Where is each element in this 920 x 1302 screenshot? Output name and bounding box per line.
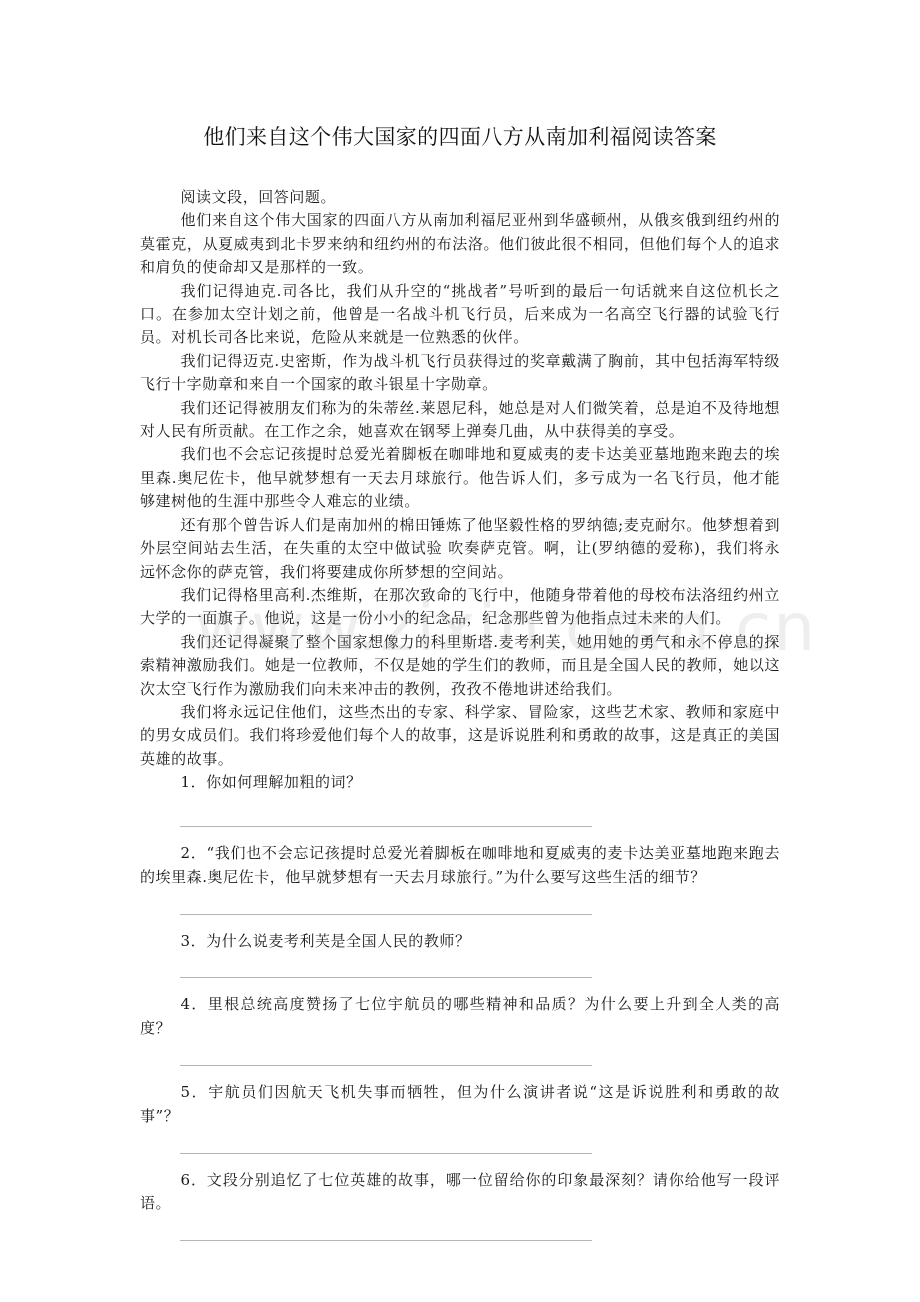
question-block-5: 5．宇航员们因航天飞机失事而牺牲，但为什么演讲者说“这是诉说胜利和勇敢的故事”？: [140, 1081, 780, 1154]
passage-paragraph-5: 我们也不会忘记孩提时总爱光着脚板在咖啡地和夏威夷的麦卡达美亚墓地跑来跑去的埃里森…: [140, 443, 780, 513]
passage-paragraph-6: 还有那个曾告诉人们是南加州的棉田锤炼了他坚毅性格的罗纳德;麦克耐尔。他梦想着到外…: [140, 514, 780, 584]
answer-line-3: [180, 977, 592, 978]
question-block-2: 2．“我们也不会忘记孩提时总爱光着脚板在咖啡地和夏威夷的麦卡达美亚墓地跑来跑去的…: [140, 842, 780, 915]
answer-space: [140, 1041, 780, 1057]
question-text-3: 3．为什么说麦考利芙是全国人民的教师？: [140, 930, 780, 954]
question-text-5: 5．宇航员们因航天飞机失事而牺牲，但为什么演讲者说“这是诉说胜利和勇敢的故事”？: [140, 1081, 780, 1129]
answer-line-6: [180, 1240, 592, 1241]
question-text-1: 1．你如何理解加粗的词？: [140, 771, 780, 795]
answer-line-1: [180, 826, 592, 827]
instruction-text: 阅读文段，回答问题。: [140, 186, 780, 209]
question-block-3: 3．为什么说麦考利芙是全国人民的教师？: [140, 930, 780, 979]
question-block-1: 1．你如何理解加粗的词？: [140, 771, 780, 827]
passage-paragraph-2: 我们记得迪克.司各比，我们从升空的“挑战者”号听到的最后一句话就来自这位机长之口…: [140, 280, 780, 350]
document-body: 阅读文段，回答问题。 他们来自这个伟大国家的四面八方从南加利福尼亚州到华盛顿州，…: [140, 186, 780, 1256]
answer-space: [140, 1216, 780, 1232]
document-page: 他们来自这个伟大国家的四面八方从南加利福阅读答案 阅读文段，回答问题。 他们来自…: [0, 0, 920, 1302]
question-block-4: 4．里根总统高度赞扬了七位宇航员的哪些精神和品质？为什么要上升到全人类的高度？: [140, 993, 780, 1066]
document-title: 他们来自这个伟大国家的四面八方从南加利福阅读答案: [0, 124, 920, 150]
question-block-6: 6．文段分别追忆了七位英雄的故事，哪一位留给你的印象最深刻？请你给他写一段评语。: [140, 1169, 780, 1242]
passage-paragraph-4: 我们还记得被朋友们称为的朱蒂丝.莱恩尼科，她总是对人们微笑着，总是迫不及待地想对…: [140, 397, 780, 444]
question-text-4: 4．里根总统高度赞扬了七位宇航员的哪些精神和品质？为什么要上升到全人类的高度？: [140, 993, 780, 1041]
passage-paragraph-3: 我们记得迈克.史密斯，作为战斗机飞行员获得过的奖章戴满了胸前，其中包括海军特级飞…: [140, 350, 780, 397]
passage-paragraph-1: 他们来自这个伟大国家的四面八方从南加利福尼亚州到华盛顿州，从俄亥俄到纽约州的莫霍…: [140, 209, 780, 279]
passage-paragraph-7: 我们记得格里高利.杰维斯，在那次致命的飞行中，他随身带着他的母校布法洛纽约州立大…: [140, 584, 780, 631]
question-text-2: 2．“我们也不会忘记孩提时总爱光着脚板在咖啡地和夏威夷的麦卡达美亚墓地跑来跑去的…: [140, 842, 780, 890]
answer-line-2: [180, 914, 592, 915]
question-text-6: 6．文段分别追忆了七位英雄的故事，哪一位留给你的印象最深刻？请你给他写一段评语。: [140, 1169, 780, 1217]
answer-space: [140, 953, 780, 967]
answer-line-4: [180, 1065, 592, 1066]
answer-space: [140, 795, 780, 818]
passage-paragraph-8: 我们还记得凝聚了整个国家想像力的科里斯塔.麦考利芙，她用她的勇气和永不停息的探索…: [140, 631, 780, 701]
passage-paragraph-9: 我们将永远记住他们，这些杰出的专家、科学家、冒险家，这些艺术家、教师和家庭中的男…: [140, 701, 780, 771]
answer-space: [140, 1129, 780, 1145]
answer-space: [140, 890, 780, 906]
answer-line-5: [180, 1153, 592, 1154]
